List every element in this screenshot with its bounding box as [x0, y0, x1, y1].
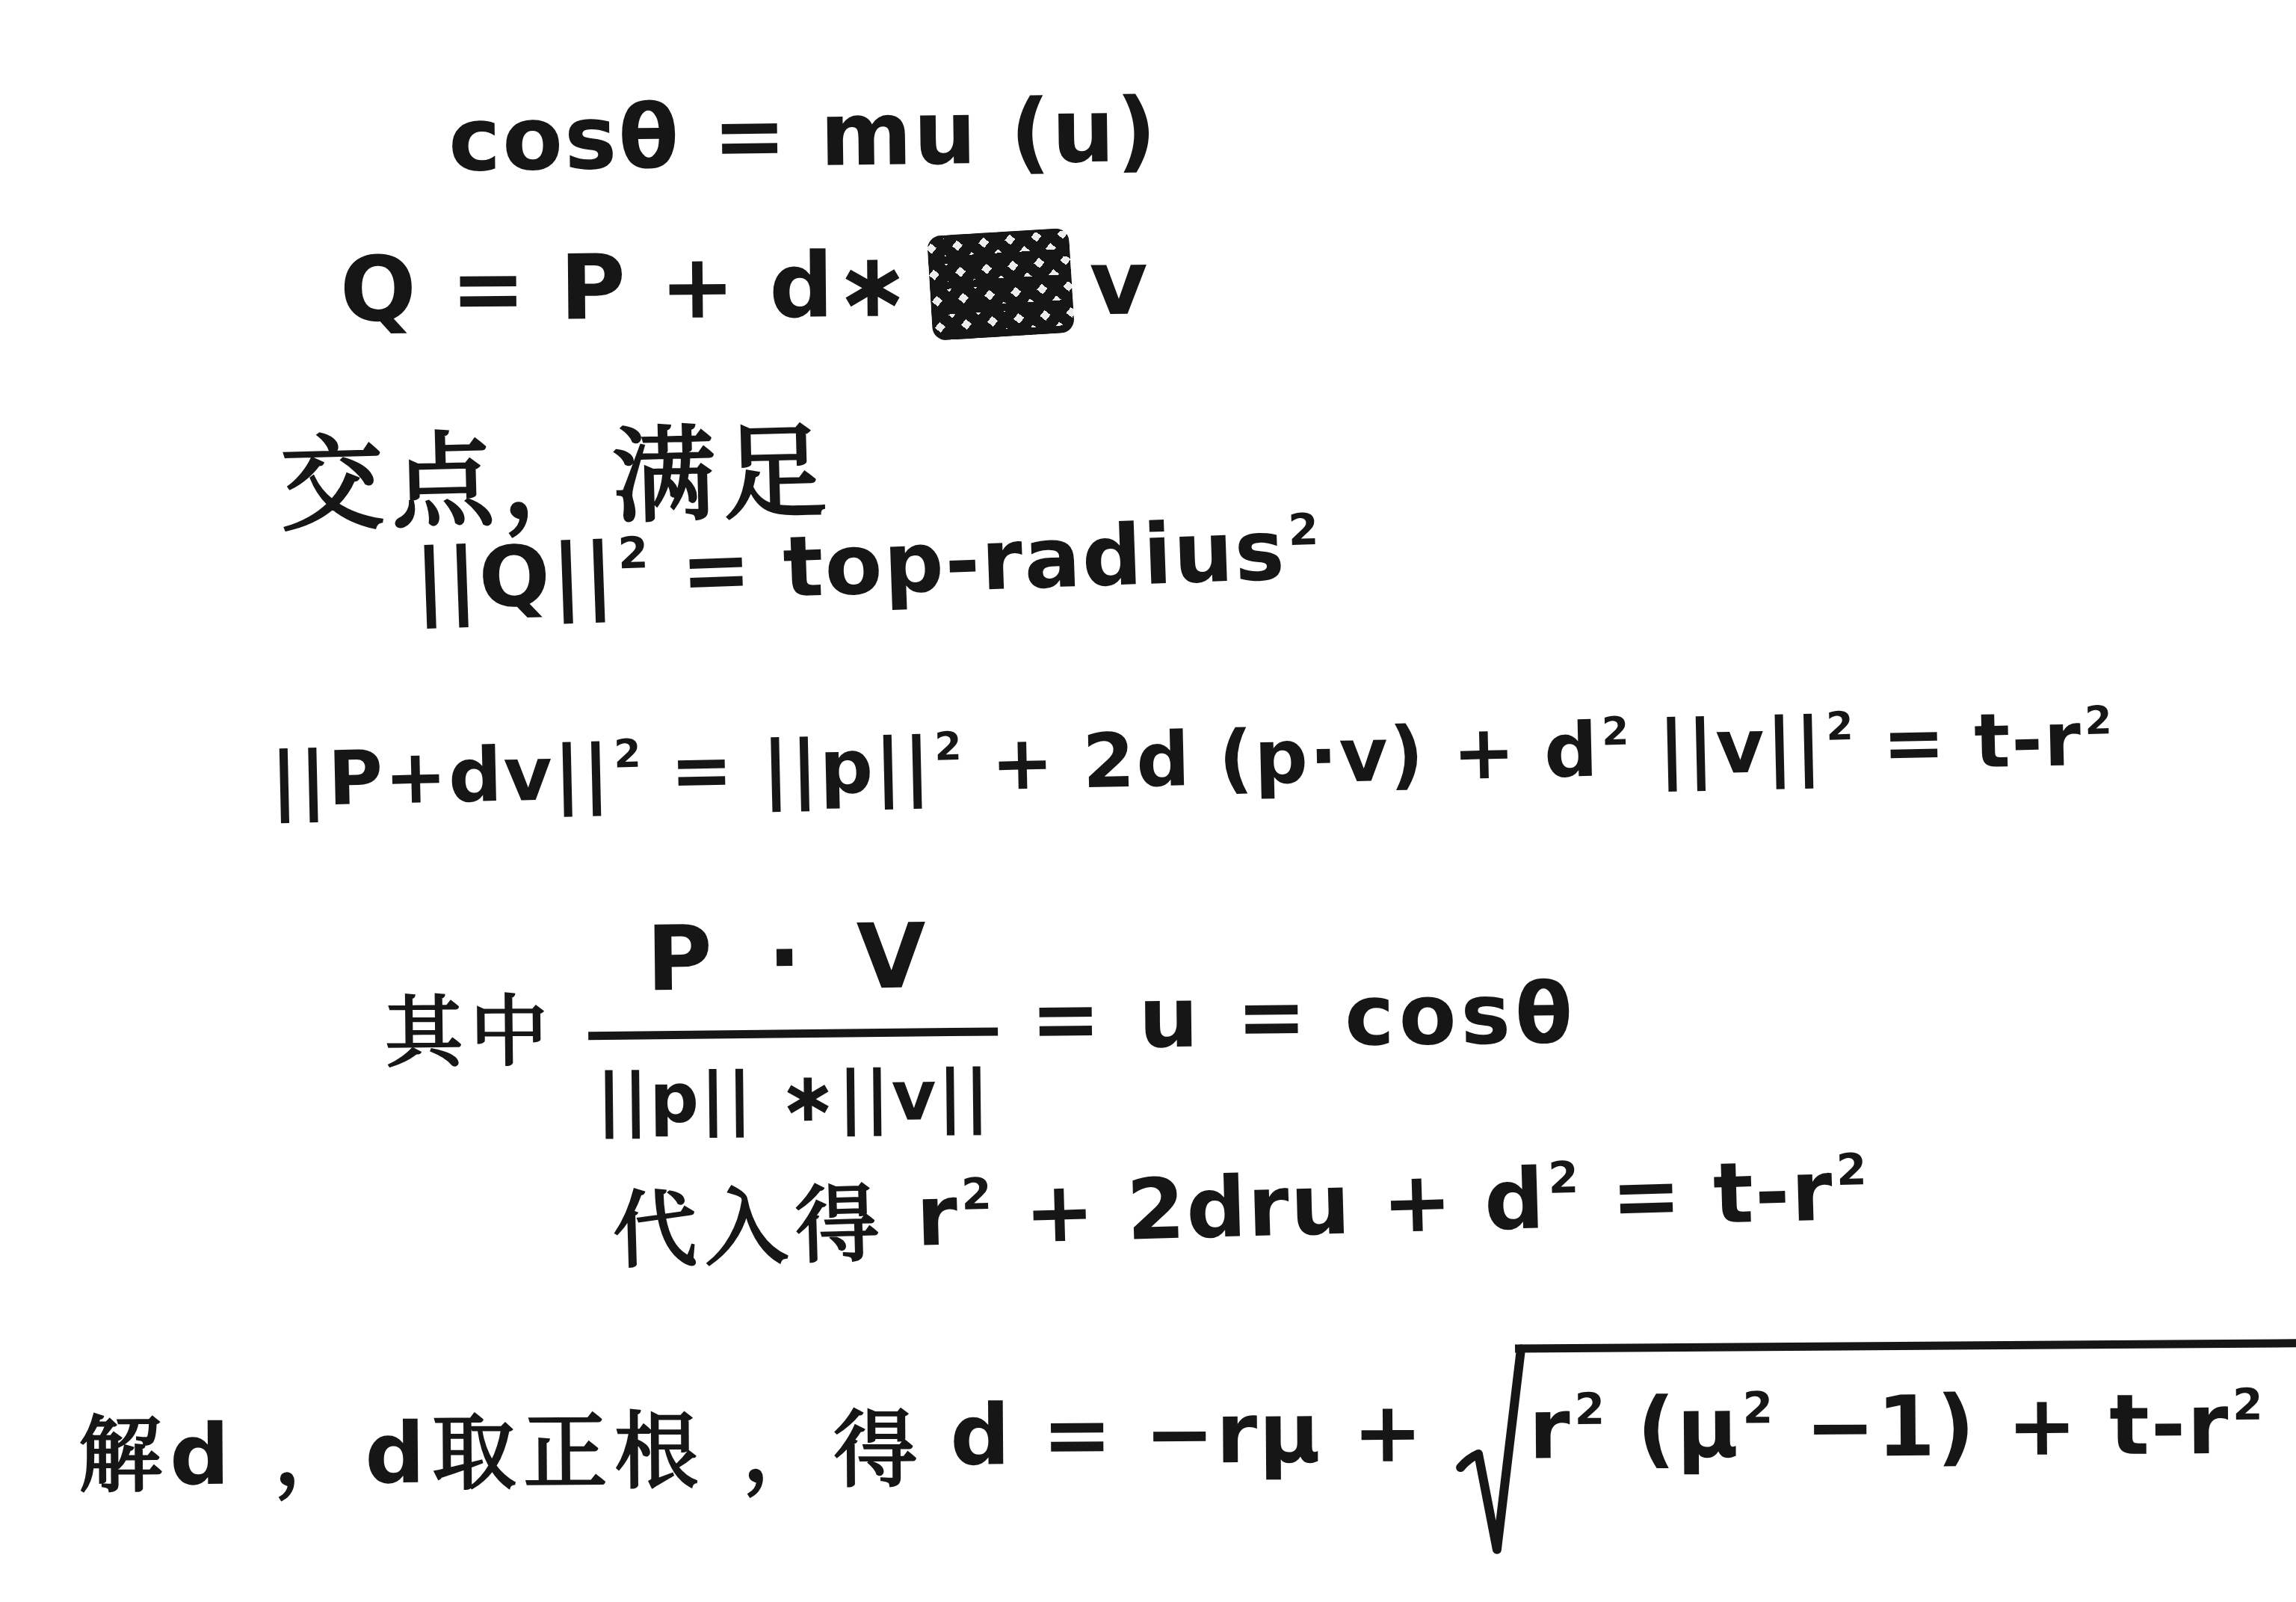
formula-text: cosθ = mu (u) [448, 78, 1158, 191]
formula-solution-d: 解d ，d取正根 ，得 d = −rμ + r2 (μ2 −1) + t-r2 [78, 1330, 2296, 1570]
radicand: r2 (μ2 −1) + t-r2 [1515, 1339, 2296, 1478]
term-norm-v: ||v|| [1657, 701, 1824, 792]
exponent: 2 [1836, 1144, 1868, 1195]
fraction-denominator: ||p|| ∗||v|| [588, 1027, 999, 1139]
fraction-numerator: P · V [587, 904, 997, 1032]
exponent: 2 [1742, 1382, 1774, 1433]
exponent: 2 [1547, 1152, 1580, 1204]
exponent: 2 [617, 527, 651, 579]
fraction: P · V ||p|| ∗||v|| [587, 904, 999, 1139]
formula-substituted: 代入得 r2 + 2dru + d2 = t-r2 [611, 1130, 1871, 1285]
exponent: 2 [1287, 503, 1321, 555]
exponent: 2 [1574, 1383, 1606, 1434]
term-dot-product: + 2d (p·v) + d [990, 706, 1600, 807]
exponent: 2 [1826, 704, 1856, 750]
square-root: r2 (μ2 −1) + t-r2 [1454, 1330, 2296, 1560]
exponent: 2 [934, 724, 964, 770]
term-p-plus-dv: ||P+dv|| [270, 729, 612, 824]
formula-cos-theta: cosθ = mu (u) [448, 78, 1158, 191]
handwritten-note-page: cosθ = mu (u) Q = P + d∗ v 交点，满足 ||Q||2 … [0, 0, 2296, 1602]
annotation-solve-d: 解d ，d取正根 ，得 [78, 1383, 925, 1509]
term-r: r [1528, 1381, 1572, 1478]
top-radius-term: = top-radius [679, 502, 1288, 620]
solution-lhs: d = −rμ + [950, 1384, 1425, 1484]
term-2dru-d: + 2dru + d [1023, 1150, 1547, 1262]
term-r: r [915, 1167, 960, 1266]
term-mu: (μ [1637, 1379, 1741, 1477]
formula-expanded-norm: ||P+dv||2 = ||p||2 + 2d (p·v) + d2 ||v||… [270, 694, 2115, 824]
exponent: 2 [2084, 699, 2114, 745]
annotation-substitute: 代入得 [611, 1157, 888, 1285]
formula-q-definition: Q = P + d∗ v [339, 231, 1149, 342]
scribble-blot-icon [926, 228, 1074, 341]
norm-q-term: ||Q|| [413, 526, 617, 629]
fraction-rhs: = u = cosθ [1030, 965, 1578, 1068]
exponent: 2 [1601, 709, 1631, 755]
exponent: 2 [2232, 1378, 2265, 1429]
exponent: 2 [614, 732, 644, 777]
annotation-where: 其中 [384, 968, 556, 1082]
quadratic-terms: r2 + 2dru + d2 = t-r2 [915, 1142, 1870, 1266]
exponent: 2 [960, 1168, 993, 1220]
term-t-r: = t-r [1881, 695, 2083, 787]
formula-cosine-fraction: 其中 P · V ||p|| ∗||v|| = u = cosθ [383, 898, 1578, 1142]
formula-rhs: v [1089, 231, 1149, 336]
term-minus-one-t-r: −1) + t-r [1805, 1376, 2230, 1476]
formula-lhs: Q = P + d∗ [339, 233, 912, 342]
term-norm-p: = ||p|| [670, 721, 933, 815]
term-t-r: = t-r [1610, 1142, 1836, 1245]
